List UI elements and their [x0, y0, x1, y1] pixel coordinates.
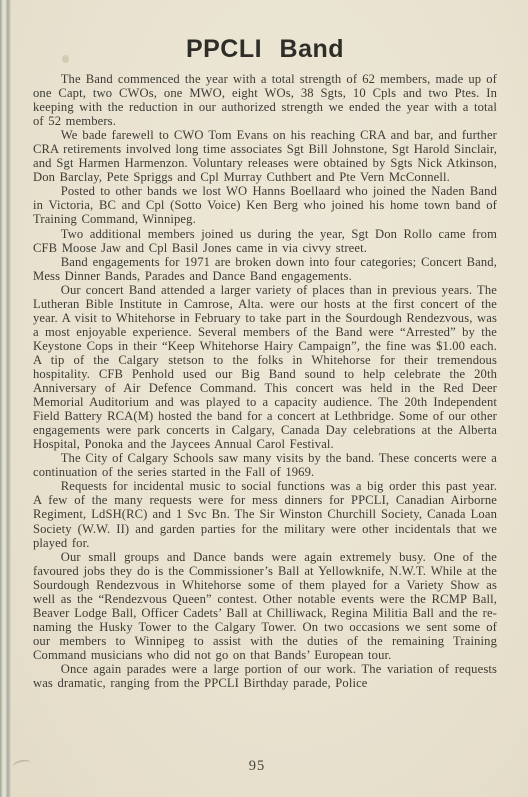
page-content: PPCLI Band The Band commenced the year w… — [33, 36, 497, 690]
body-paragraph: Band engagements for 1971 are broken dow… — [33, 255, 497, 283]
body-paragraph: We bade farewell to CWO Tom Evans on his… — [33, 128, 497, 184]
page-title: PPCLI Band — [33, 36, 497, 62]
body-paragraph: Our small groups and Dance bands were ag… — [33, 550, 497, 662]
page-number: 95 — [0, 758, 514, 775]
body-paragraph: The City of Calgary Schools saw many vis… — [33, 451, 497, 479]
body-paragraph: Once again parades were a large portion … — [33, 662, 497, 690]
body-paragraph: Requests for incidental music to social … — [33, 479, 497, 549]
scanned-document-page: PPCLI Band The Band commenced the year w… — [0, 0, 528, 797]
body-paragraph: Posted to other bands we lost WO Hanns B… — [33, 184, 497, 226]
body-paragraph: Our concert Band attended a larger varie… — [33, 283, 497, 452]
body-paragraph: The Band commenced the year with a total… — [33, 72, 497, 128]
page-binding-edge — [0, 0, 11, 797]
body-paragraph: Two additional members joined us during … — [33, 227, 497, 255]
article-body: The Band commenced the year with a total… — [33, 72, 497, 690]
